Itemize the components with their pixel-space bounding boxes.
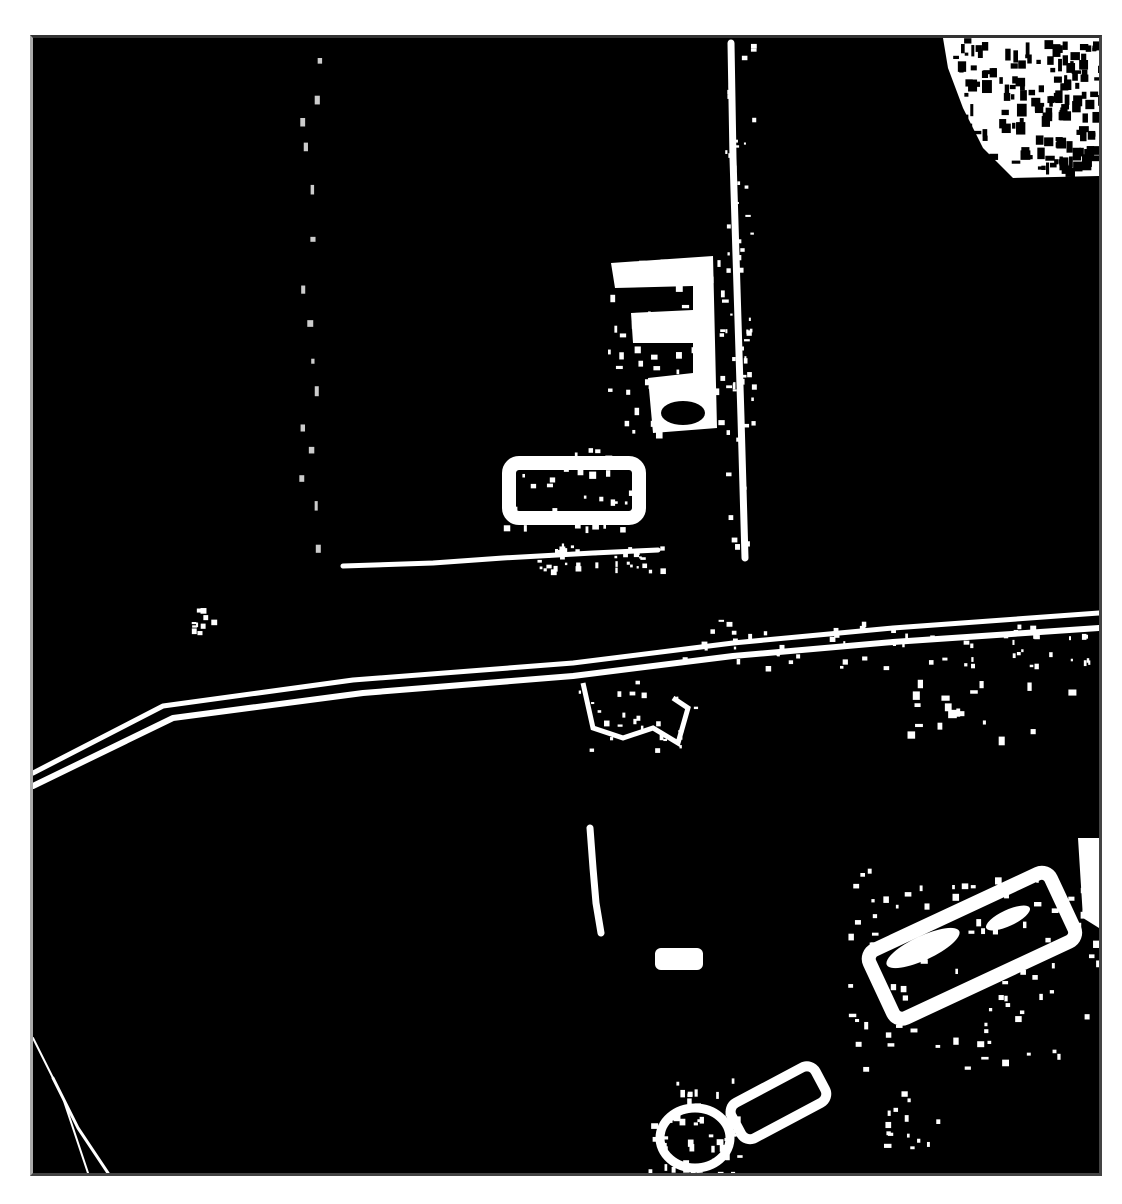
pond-speckle — [1004, 892, 1009, 898]
bottom-right-speckle — [910, 1146, 914, 1149]
road-speckle — [732, 631, 737, 635]
road-speckle — [929, 660, 934, 665]
road-speckle — [1004, 636, 1008, 639]
vegetation-gap — [990, 68, 997, 77]
bottom-speckle — [720, 1145, 726, 1152]
building-speckle — [533, 512, 539, 517]
pond-speckle — [968, 931, 974, 934]
road-speckle — [964, 641, 970, 645]
pond-speckle — [905, 892, 912, 896]
building-speckle — [586, 526, 589, 533]
segmentation-mask-image — [30, 35, 1102, 1176]
pond-speckle — [873, 914, 877, 918]
vegetation-gap — [1018, 60, 1026, 68]
building-cluster-speckle — [692, 347, 698, 353]
vertical-track-speckle — [751, 49, 757, 52]
building-cluster-speckle — [676, 352, 682, 359]
building-speckle — [529, 466, 532, 470]
vertical-track-speckle — [740, 486, 746, 492]
building-cluster-speckle — [632, 430, 635, 434]
pond-speckle — [945, 936, 952, 940]
strip-speckle — [614, 556, 617, 558]
strip-speckle — [565, 563, 567, 565]
road-speckle — [891, 629, 896, 633]
pond-speckle — [1068, 897, 1074, 901]
strip-speckle — [593, 552, 597, 555]
road-speckle — [971, 664, 975, 669]
scattered-dots — [913, 691, 920, 699]
building-cluster-speckle — [706, 288, 712, 293]
vegetation-gap — [961, 44, 965, 53]
pond-speckle — [920, 885, 923, 891]
vegetation-gap — [1002, 124, 1011, 133]
vertical-track-speckle — [738, 268, 743, 273]
vegetation-gap — [964, 38, 971, 43]
bottom-speckle — [672, 1167, 676, 1173]
dotted-line-point — [315, 501, 318, 510]
vegetation-gap — [970, 104, 973, 116]
vegetation-gap — [1067, 141, 1073, 153]
bottom-speckle — [737, 1155, 742, 1158]
building-cluster-speckle — [616, 366, 623, 369]
strip-speckle — [560, 555, 565, 559]
junction-speckle — [579, 691, 581, 694]
vegetation-gap — [1047, 96, 1054, 103]
scattered-dots — [1027, 682, 1031, 690]
vegetation-gap — [968, 151, 973, 157]
road-speckle — [970, 643, 973, 648]
vertical-track-speckle — [750, 233, 753, 235]
vegetation-gap — [959, 69, 963, 72]
junction-speckle — [678, 730, 683, 732]
road-speckle — [964, 663, 967, 666]
vertical-track-speckle — [736, 438, 739, 442]
dotted-line-point — [310, 237, 315, 242]
vegetation-gap — [953, 162, 958, 167]
vegetation-gap — [1064, 79, 1071, 90]
vegetation-gap — [1011, 94, 1014, 99]
pond-speckle — [953, 1038, 958, 1045]
building-cluster-speckle — [620, 333, 626, 337]
road-speckle — [719, 620, 724, 622]
bottom-speckle — [716, 1092, 719, 1099]
building-cluster-speckle — [619, 352, 624, 359]
vertical-track-speckle — [732, 357, 735, 361]
building — [509, 463, 639, 518]
vertical-track-speckle — [744, 424, 749, 428]
strip-speckle — [562, 543, 564, 547]
pond-speckle — [989, 1008, 992, 1011]
scattered-dots — [945, 703, 952, 711]
road-speckle — [710, 629, 715, 634]
strip-speckle — [551, 569, 557, 575]
strip-speckle — [660, 546, 664, 550]
vertical-track-speckle — [742, 379, 744, 385]
road-lower-line — [33, 628, 1099, 786]
road-speckle — [971, 657, 973, 662]
bottom-speckle — [664, 1143, 667, 1147]
vegetation-gap — [1045, 156, 1054, 161]
pond-speckle — [1052, 963, 1055, 968]
bottom-right-speckle — [901, 1091, 907, 1096]
bottom-speckle — [717, 1115, 723, 1119]
junction-speckle — [617, 691, 621, 697]
vegetation-gap — [1056, 142, 1061, 148]
scattered-dots — [999, 737, 1005, 746]
bottom-speckle — [718, 1172, 724, 1173]
road-speckle — [1069, 636, 1071, 640]
strip-speckle — [575, 549, 579, 554]
pond-speckle — [1004, 996, 1007, 1002]
bottom-speckle — [683, 1167, 689, 1172]
vegetation-gap — [1013, 80, 1016, 83]
vegetation-gap — [1098, 95, 1099, 106]
vegetation-gap — [972, 131, 981, 134]
pond-speckle — [1032, 975, 1037, 980]
short-vertical-track — [590, 828, 601, 933]
vertical-track-speckle — [745, 215, 750, 217]
vertical-track — [731, 43, 745, 558]
vegetation-gap — [1010, 85, 1016, 89]
building-cluster-speckle — [721, 290, 725, 297]
bottom-speckle — [732, 1078, 735, 1083]
building-cluster-speckle — [693, 271, 699, 278]
vertical-track-speckle — [730, 314, 732, 316]
vegetation-gap — [1020, 90, 1027, 101]
building-speckle — [522, 474, 525, 478]
junction-speckle — [622, 713, 625, 718]
road-speckle — [727, 622, 733, 627]
vegetation-gap — [1047, 56, 1053, 65]
building-speckle — [606, 470, 610, 477]
road-speckle — [1049, 652, 1052, 657]
bottom-speckle — [668, 1118, 673, 1123]
pond-speckle — [984, 1023, 987, 1026]
dotted-line-point — [299, 475, 304, 482]
building-cluster-speckle — [661, 272, 664, 275]
vegetation-gap — [971, 45, 974, 56]
building-cluster-speckle — [713, 388, 719, 395]
pond-speckle — [911, 1029, 918, 1033]
road-speckle — [734, 647, 736, 650]
road-speckle — [1012, 640, 1014, 645]
pond-speckle — [872, 933, 879, 936]
vegetation-gap — [983, 129, 988, 137]
bottom-speckle — [694, 1122, 698, 1125]
vegetation-gap — [1017, 104, 1027, 117]
pond-speckle — [936, 1045, 941, 1048]
pond-speckle — [1096, 960, 1099, 967]
road-speckle — [930, 635, 935, 638]
vertical-track-speckle — [744, 541, 750, 546]
pond-speckle — [849, 1014, 856, 1017]
bottom-speckle — [680, 1119, 686, 1126]
strip-speckle — [571, 545, 574, 548]
dotted-line-point — [300, 118, 305, 126]
road-speckle — [893, 644, 896, 646]
vertical-track-speckle — [751, 44, 757, 49]
pond-speckle — [856, 1042, 862, 1047]
bottom-speckle — [659, 1129, 665, 1134]
pond-speckle — [965, 1066, 971, 1069]
vertical-track-speckle — [739, 346, 744, 350]
road-speckle — [1082, 634, 1087, 640]
building-speckle — [637, 495, 644, 498]
vertical-track-speckle — [738, 181, 741, 185]
bottom-speckle — [688, 1092, 693, 1096]
building-speckle — [605, 456, 612, 460]
building-cluster-speckle — [659, 391, 665, 395]
scattered-dots — [1068, 689, 1076, 695]
building-cluster-speckle — [645, 379, 652, 385]
vegetation-gap — [1092, 48, 1096, 51]
vegetation-gap — [1025, 54, 1028, 58]
strip-speckle — [540, 567, 543, 570]
pond-speckle — [971, 885, 976, 888]
vegetation-gap — [1031, 98, 1040, 107]
vertical-track-speckle — [744, 358, 748, 363]
bottom-speckle — [690, 1109, 696, 1112]
vegetation-gap — [1020, 78, 1025, 90]
junction-speckle — [591, 702, 594, 704]
road-speckle — [1033, 633, 1038, 639]
pond-speckle — [955, 969, 958, 974]
vegetation-gap — [1039, 85, 1044, 92]
building-cluster-speckle — [626, 390, 630, 395]
road-speckle — [942, 658, 947, 661]
vertical-track-speckle — [740, 495, 745, 499]
building-speckle — [589, 472, 596, 479]
vertical-track-speckle — [735, 202, 739, 204]
vegetation-gap — [1092, 112, 1099, 123]
junction-speckle — [633, 719, 636, 724]
building-speckle — [629, 490, 632, 495]
vertical-track-speckle — [725, 150, 727, 154]
dotted-line-point — [315, 386, 319, 396]
dotted-line-point — [311, 359, 314, 364]
junction-speckle — [685, 708, 689, 713]
building-cluster-speckle — [718, 420, 724, 425]
bottom-speckle — [731, 1172, 735, 1173]
debris-speckle — [192, 622, 197, 624]
building-speckle — [578, 470, 584, 476]
bottom-speckle — [730, 1134, 737, 1137]
building-cluster-speckle — [649, 324, 655, 329]
building-cluster-speckle — [722, 299, 729, 302]
bottom-speckle — [676, 1082, 679, 1086]
strip-speckle — [544, 568, 547, 571]
pond-speckle — [1065, 917, 1072, 921]
road-speckle — [1030, 626, 1036, 631]
strip-speckle — [623, 552, 628, 557]
pond-speckle — [871, 942, 875, 948]
dotted-line-point — [316, 545, 321, 553]
building-cluster-speckle — [666, 312, 669, 317]
vertical-track-speckle — [752, 384, 757, 389]
dotted-line-point — [307, 320, 313, 327]
pond-speckle — [1074, 923, 1081, 929]
vegetation-gap — [1044, 137, 1053, 146]
vertical-track-speckle — [749, 318, 751, 321]
building-cluster-speckle — [608, 389, 613, 392]
vertical-track-speckle — [736, 255, 741, 260]
vegetation-gap — [1094, 146, 1099, 155]
vertical-track-speckle — [751, 397, 754, 401]
pond-speckle — [953, 894, 960, 901]
road-junction-outline — [583, 683, 688, 743]
building-speckle — [552, 508, 557, 515]
vegetation-gap — [980, 169, 987, 179]
vertical-track-speckle — [744, 142, 746, 144]
junction-speckle — [694, 707, 698, 709]
vertical-track-speckle — [733, 382, 735, 386]
pond-speckle — [1002, 1060, 1009, 1067]
vertical-track-speckle — [735, 145, 740, 147]
building-speckle — [625, 501, 628, 504]
road-speckle — [1013, 653, 1016, 658]
junction-speckle — [636, 716, 640, 721]
pond-speckle — [901, 986, 907, 992]
vegetation-gap — [999, 77, 1003, 84]
road-speckle — [748, 634, 752, 639]
road-speckle — [683, 657, 688, 661]
building-speckle — [547, 484, 553, 488]
building-cluster-speckle — [673, 382, 680, 386]
vertical-track-speckle — [727, 90, 729, 94]
pond-speckle — [855, 1019, 859, 1022]
pond-speckle — [984, 1029, 988, 1033]
vertical-track-speckle — [741, 375, 747, 378]
pond-speckle — [1059, 941, 1062, 947]
diagonal-track — [53, 1078, 108, 1173]
building-cluster-speckle — [676, 286, 683, 292]
building-speckle — [618, 511, 624, 516]
vegetation-gap — [1085, 100, 1094, 109]
vegetation-gap — [1079, 60, 1088, 70]
vegetation-gap — [1046, 162, 1049, 174]
pond-speckle — [1020, 970, 1026, 975]
pond-speckle — [995, 877, 1002, 884]
junction-speckle — [590, 749, 594, 752]
pond-speckle — [871, 899, 874, 902]
strip-speckle — [638, 549, 644, 553]
bottom-speckle — [695, 1089, 698, 1096]
road-speckle — [789, 660, 793, 664]
building-cluster-speckle — [661, 259, 667, 262]
pond-speckle — [863, 1067, 869, 1072]
building-cluster-speckle — [614, 326, 617, 333]
pond-speckle — [999, 995, 1004, 1000]
building-speckle — [592, 523, 599, 530]
vertical-track-speckle — [736, 140, 738, 143]
vegetation-gap — [971, 65, 977, 70]
road-speckle — [1084, 660, 1087, 666]
vegetation-gap — [1081, 75, 1089, 82]
pond-speckle — [1002, 981, 1008, 984]
building-cluster-speckle — [705, 354, 712, 361]
strip-speckle — [615, 561, 617, 567]
strip-speckle — [615, 568, 617, 574]
bottom-speckle — [651, 1123, 658, 1129]
vegetation-gap — [1062, 165, 1069, 174]
pond-speckle — [1006, 1003, 1011, 1007]
vertical-track-speckle — [727, 224, 731, 228]
strip-speckle — [627, 562, 630, 565]
vegetation-gap — [1080, 44, 1088, 50]
bottom-speckle — [717, 1139, 724, 1145]
debris-speckle — [192, 625, 197, 627]
vegetation-gap — [965, 53, 969, 56]
vegetation-gap — [1066, 63, 1075, 73]
debris-speckle — [211, 620, 217, 626]
dotted-line-point — [311, 185, 314, 195]
vegetation-gap — [1094, 77, 1099, 80]
building-speckle — [612, 501, 618, 504]
building-cluster-speckle — [710, 277, 714, 284]
strip-speckle — [548, 556, 550, 558]
vegetation-gap — [1090, 155, 1099, 161]
road-speckle — [1014, 630, 1018, 635]
junction-speckle — [680, 745, 682, 748]
debris-speckle — [197, 631, 202, 635]
road-speckle — [830, 637, 836, 642]
building-speckle — [564, 468, 569, 472]
pond-speckle — [882, 996, 885, 1002]
bottom-right-speckle — [888, 1111, 891, 1116]
vertical-track-speckle — [729, 99, 733, 101]
vegetation-gap — [1013, 50, 1018, 62]
strip-speckle — [640, 557, 645, 560]
pond-speckle — [1020, 1010, 1024, 1014]
vertical-track-speckle — [732, 538, 738, 543]
strip-speckle — [561, 548, 567, 554]
strip-speckle — [546, 565, 551, 569]
bottom-speckle — [712, 1158, 716, 1165]
debris-speckle — [192, 628, 197, 634]
scattered-dots — [918, 680, 923, 688]
pond-speckle — [1036, 879, 1039, 883]
bottom-speckle — [653, 1137, 659, 1142]
road-speckle — [766, 666, 772, 672]
vegetation-gap — [982, 42, 988, 51]
strip-speckle — [571, 552, 574, 556]
building-cluster-speckle — [608, 350, 611, 355]
dotted-line-point — [301, 424, 305, 431]
vegetation-gap — [1012, 123, 1015, 129]
bottom-right-speckle — [927, 1142, 930, 1147]
pond-speckle — [896, 1025, 903, 1028]
vegetation-gap — [1054, 77, 1062, 83]
junction-speckle — [676, 697, 678, 701]
pond-speckle — [1085, 1014, 1090, 1019]
bottom-speckle — [711, 1146, 714, 1153]
vertical-track-speckle — [745, 185, 749, 188]
bottom-speckle — [683, 1160, 689, 1164]
vertical-track-speckle — [726, 268, 730, 273]
bottom-speckle — [724, 1138, 731, 1141]
bottom-speckle — [661, 1146, 667, 1152]
bottom-speckle — [696, 1172, 702, 1173]
vertical-track-speckle — [744, 339, 750, 341]
vegetation-gap — [1063, 42, 1068, 50]
pond-speckle — [988, 1041, 992, 1044]
pond-speckle — [848, 934, 853, 941]
dotted-line-point — [318, 58, 322, 64]
building-speckle — [589, 448, 593, 453]
pond-speckle — [848, 984, 853, 988]
building-cluster-speckle — [665, 393, 668, 400]
vegetation-gap — [1084, 149, 1089, 159]
